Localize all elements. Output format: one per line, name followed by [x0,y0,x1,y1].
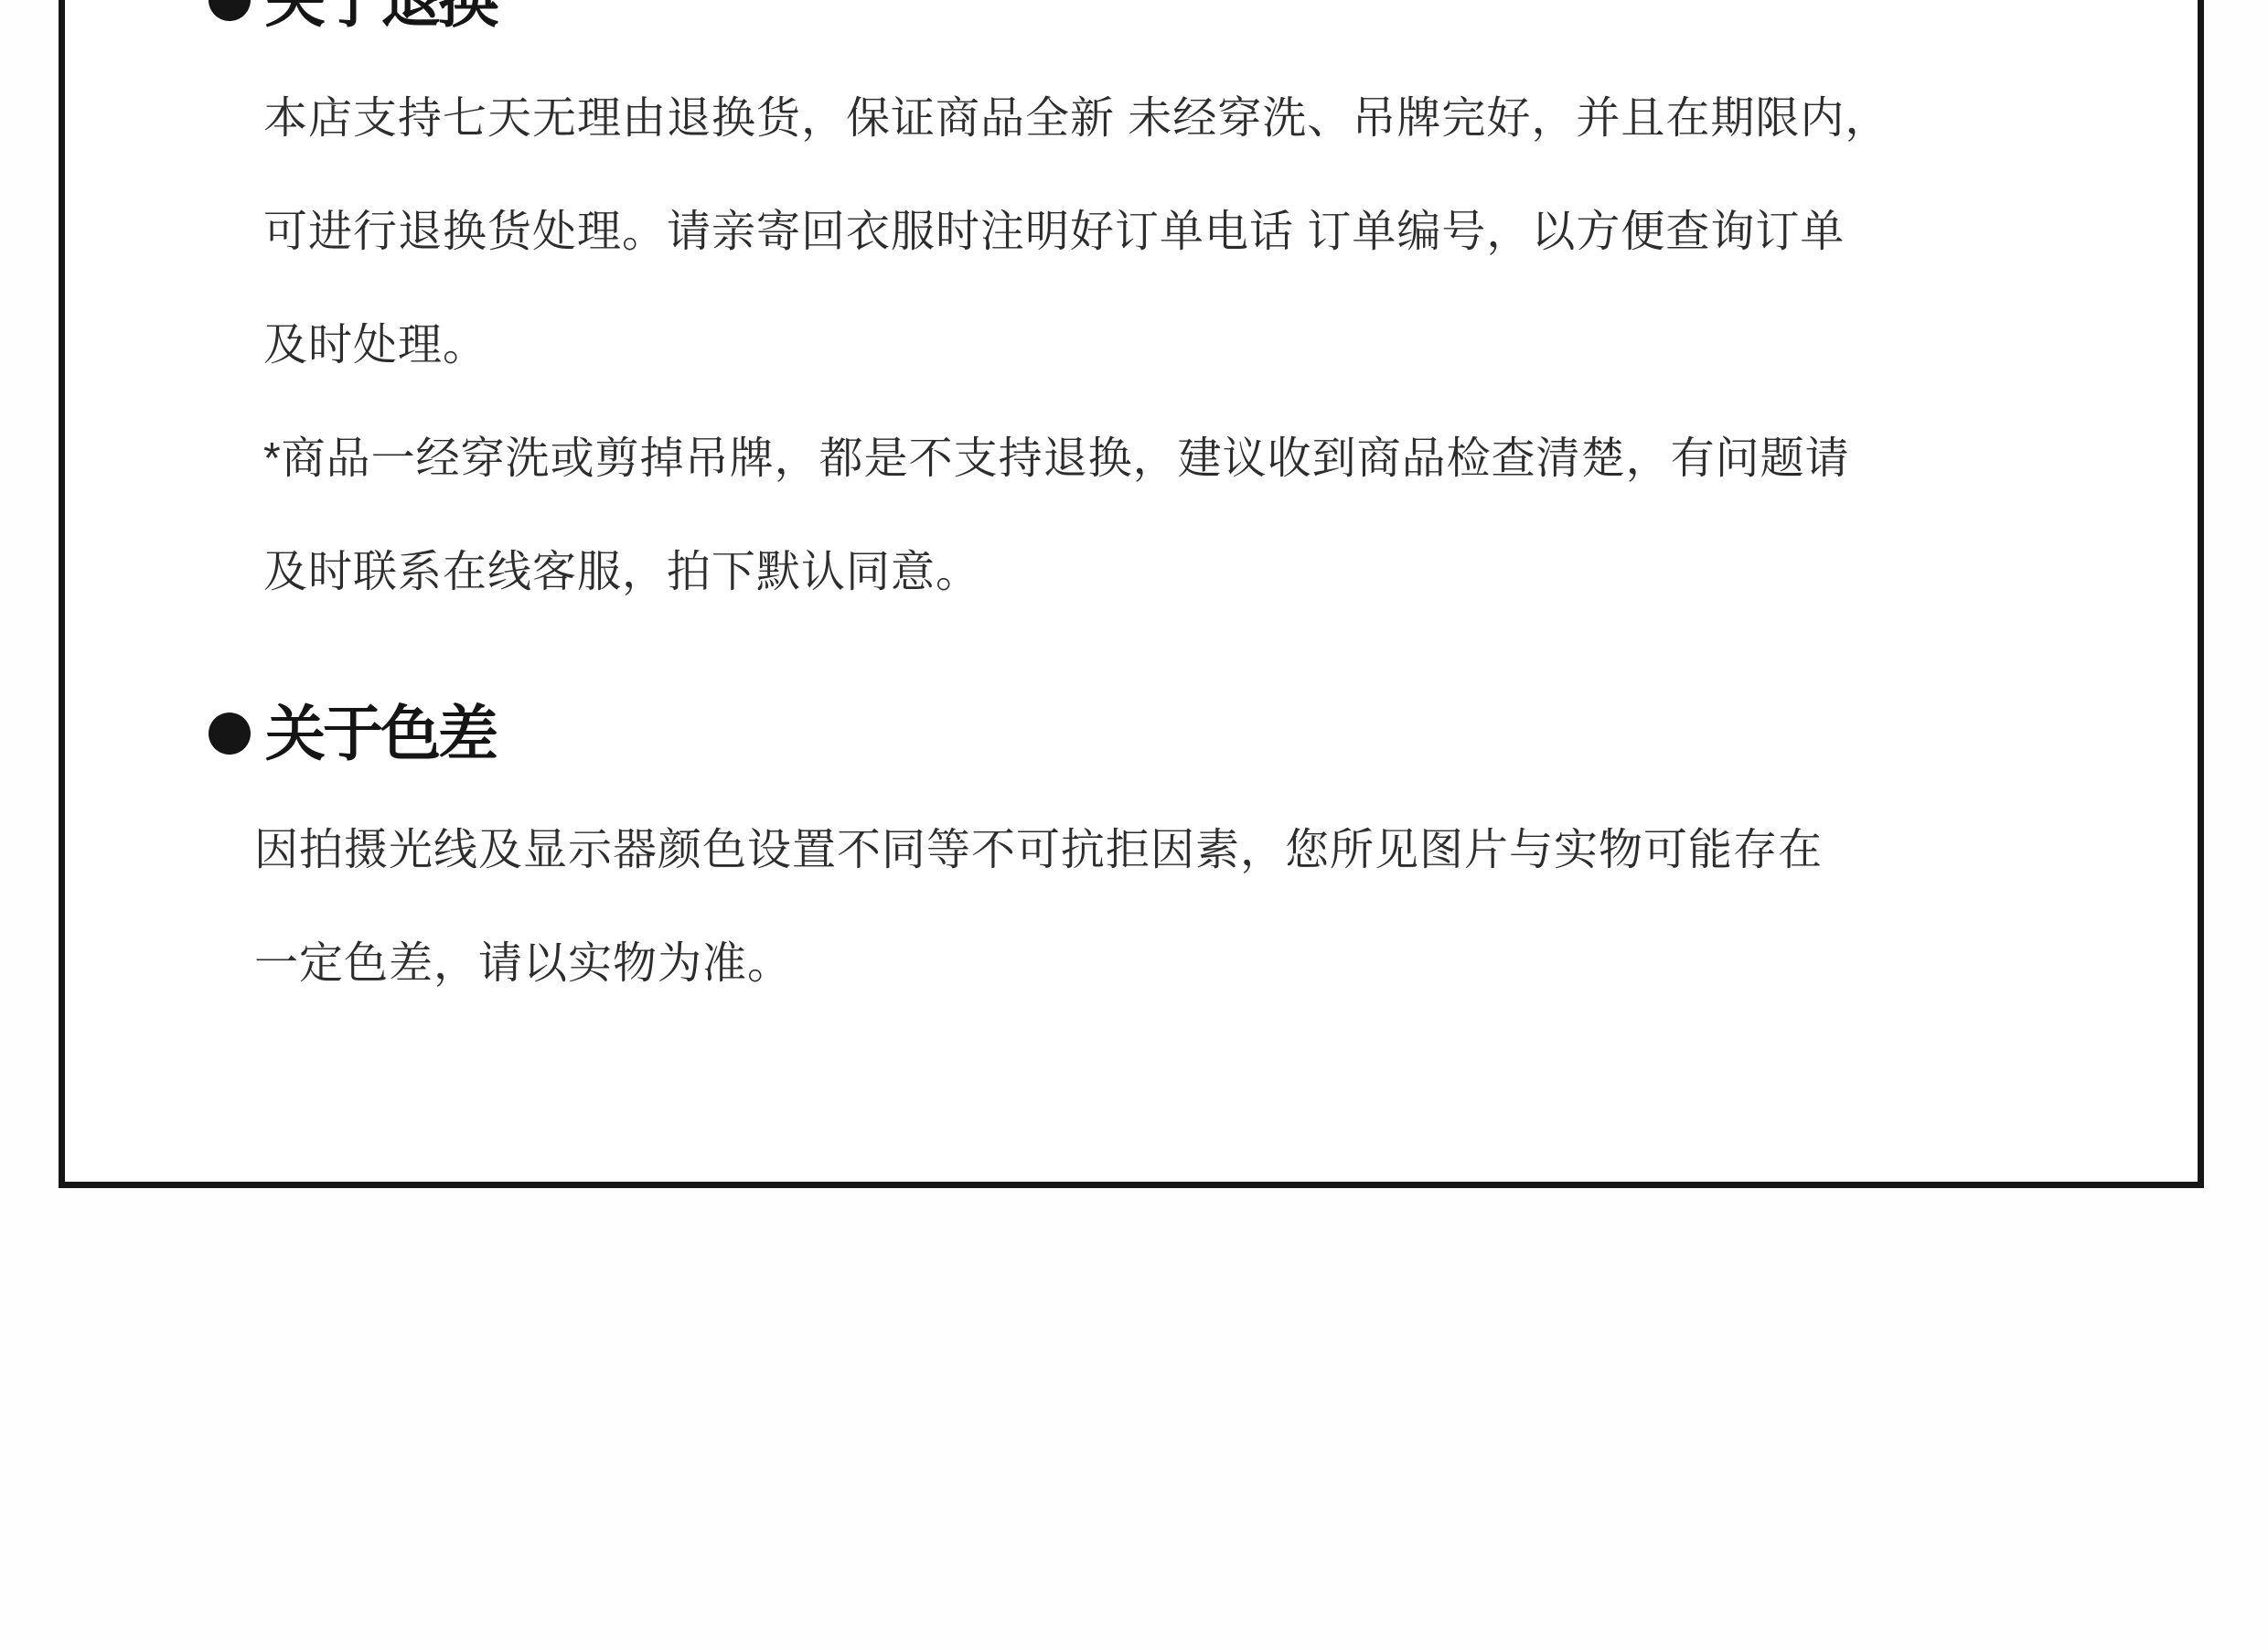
returns-policy-line-1: 本店支持七天无理由退换货，保证商品全新 未经穿洗、吊牌完好，并且在期限内， [263,62,1889,176]
returns-policy-line-2: 可进行退换货处理。请亲寄回衣服时注明好订单电话 订单编号，以方便查询订单 [263,176,1889,289]
colordiff-policy-line-2: 一定色差，请以实物为准。 [254,907,1823,1021]
colordiff-policy-text: 因拍摄光线及显示器颜色设置不同等不可抗拒因素，您所见图片与实物可能存在 一定色差… [254,794,1823,1021]
product-policy-page: 关于退换 本店支持七天无理由退换货，保证商品全新 未经穿洗、吊牌完好，并且在期限… [0,0,2268,1650]
section-heading-colordiff: 关于色差 [209,701,496,766]
bullet-icon [209,0,251,21]
colordiff-policy-line-1: 因拍摄光线及显示器颜色设置不同等不可抗拒因素，您所见图片与实物可能存在 [254,794,1823,907]
returns-policy-line-5: 及时联系在线客服，拍下默认同意。 [263,516,1889,629]
returns-policy-line-3: 及时处理。 [263,289,1889,402]
bullet-icon [209,712,251,755]
section-heading-returns: 关于退换 [209,0,496,33]
returns-heading-text: 关于退换 [265,0,496,33]
returns-policy-text: 本店支持七天无理由退换货，保证商品全新 未经穿洗、吊牌完好，并且在期限内， 可进… [263,62,1889,629]
returns-policy-line-4: *商品一经穿洗或剪掉吊牌，都是不支持退换，建议收到商品检查清楚，有问题请 [263,402,1889,516]
colordiff-heading-text: 关于色差 [265,701,496,766]
